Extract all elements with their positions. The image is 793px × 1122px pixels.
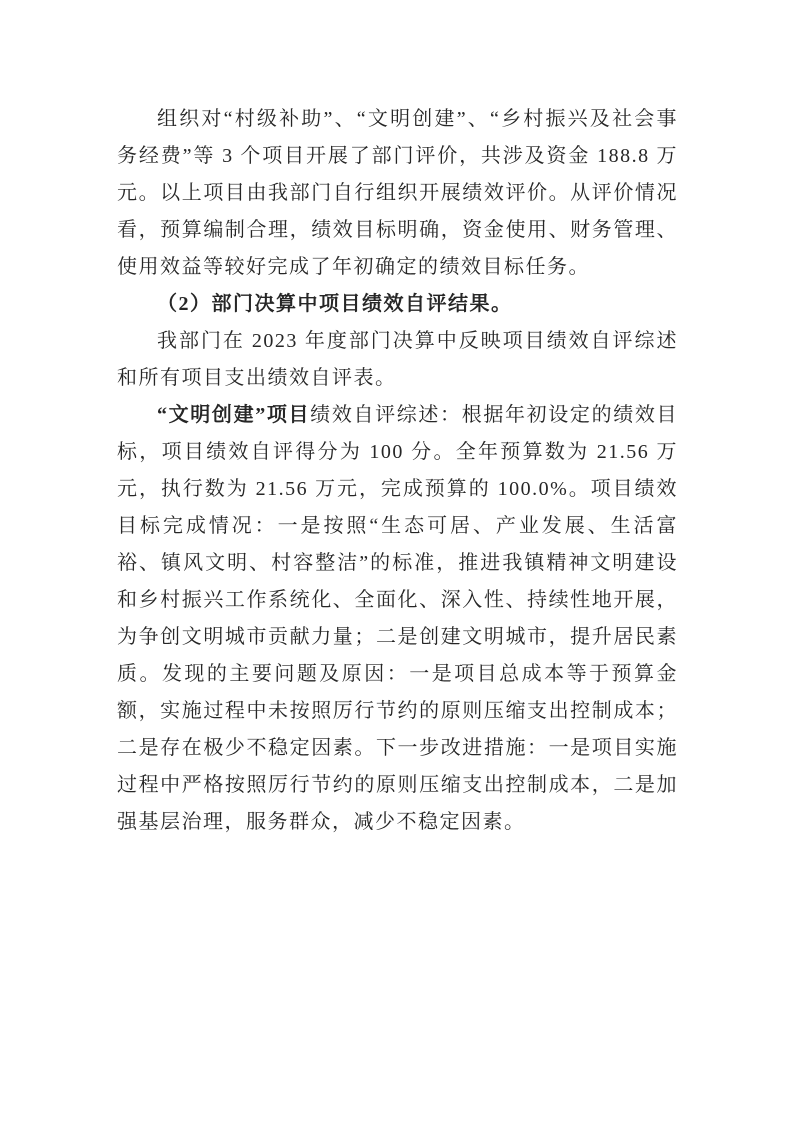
project-name-bold-lead: “文明创建”项目 [157, 404, 310, 426]
project-self-evaluation-text: 绩效自评综述：根据年初设定的绩效目标，项目绩效自评得分为 100 分。全年预算数… [117, 404, 678, 833]
heading-project-self-evaluation-results: （2）部门决算中项目绩效自评结果。 [117, 286, 678, 323]
paragraph-final-accounts-statement: 我部门在 2023 年度部门决算中反映项目绩效自评综述和所有项目支出绩效自评表。 [117, 323, 678, 397]
page-content: 组织对“村级补助”、“文明创建”、“乡村振兴及社会事务经费”等 3 个项目开展了… [117, 101, 678, 841]
paragraph-civilization-project-self-evaluation: “文明创建”项目绩效自评综述：根据年初设定的绩效目标，项目绩效自评得分为 100… [117, 397, 678, 841]
paragraph-department-evaluation-summary: 组织对“村级补助”、“文明创建”、“乡村振兴及社会事务经费”等 3 个项目开展了… [117, 101, 678, 286]
document-page: 组织对“村级补助”、“文明创建”、“乡村振兴及社会事务经费”等 3 个项目开展了… [0, 0, 793, 1122]
